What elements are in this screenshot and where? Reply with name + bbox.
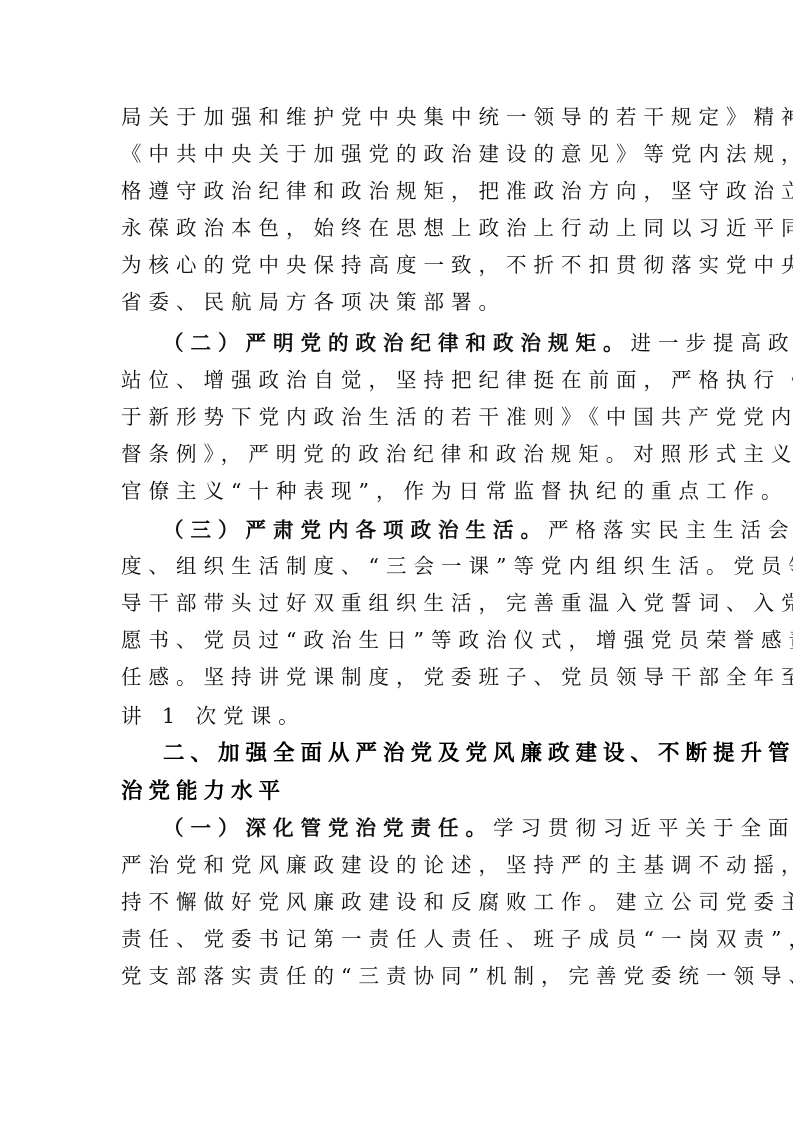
text-line: 局关于加强和维护党中央集中统一领导的若干规定》精神和 (121, 102, 681, 132)
text-line: （三）严肃党内各项政治生活。严格落实民主生活会制 (163, 515, 723, 545)
text-line: 党支部落实责任的“三责协同”机制，完善党委统一领导、 (121, 961, 681, 991)
text-line: 站位、增强政治自觉，坚持把纪律挺在前面，严格执行《关 (121, 365, 681, 395)
heading-line: 治党能力水平 (121, 777, 681, 807)
text-line: 官僚主义“十种表现”，作为日常监督执纪的重点工作。 (121, 476, 681, 506)
text-line: 愿书、党员过“政治生日”等政治仪式，增强党员荣誉感责 (121, 625, 681, 655)
text-run: 严格落实民主生活会制 (548, 518, 793, 542)
text-line: 于新形势下党内政治生活的若干准则》《中国共产党党内监 (121, 402, 681, 432)
text-line: 为核心的党中央保持高度一致，不折不扣贯彻落实党中央、 (121, 250, 681, 280)
text-line: （二）严明党的政治纪律和政治规矩。进一步提高政治 (163, 328, 723, 358)
text-line: 导干部带头过好双重组织生活，完善重温入党誓词、入党志 (121, 588, 681, 618)
text-run: 进一步提高政治 (631, 331, 793, 355)
text-line: 格遵守政治纪律和政治规矩，把准政治方向，坚守政治立场， (121, 176, 681, 206)
subsection-title: （二）严明党的政治纪律和政治规矩。 (163, 331, 631, 355)
heading-line: 二、加强全面从严治党及党风廉政建设、不断提升管党 (163, 739, 723, 769)
text-line: 讲 1 次党课。 (121, 701, 681, 731)
document-page: 局关于加强和维护党中央集中统一领导的若干规定》精神和 《中共中央关于加强党的政治… (0, 0, 793, 1122)
text-line: 度、组织生活制度、“三会一课”等党内组织生活。党员领 (121, 551, 681, 581)
text-line: 省委、民航局方各项决策部署。 (121, 287, 681, 317)
text-line: （一）深化管党治党责任。学习贯彻习近平关于全面从 (163, 813, 723, 843)
text-line: 永葆政治本色，始终在思想上政治上行动上同以习近平同志 (121, 213, 681, 243)
text-line: 《中共中央关于加强党的政治建设的意见》等党内法规，严 (121, 139, 681, 169)
text-run: 学习贯彻习近平关于全面从 (493, 816, 793, 840)
text-line: 持不懈做好党风廉政建设和反腐败工作。建立公司党委主体 (121, 887, 681, 917)
subsection-title: （三）严肃党内各项政治生活。 (163, 518, 548, 542)
text-line: 责任、党委书记第一责任人责任、班子成员“一岗双责”， (121, 924, 681, 954)
text-line: 任感。坚持讲党课制度，党委班子、党员领导干部全年至少 (121, 662, 681, 692)
text-line: 督条例》，严明党的政治纪律和政治规矩。对照形式主义、 (121, 439, 681, 469)
subsection-title: （一）深化管党治党责任。 (163, 816, 493, 840)
text-line: 严治党和党风廉政建设的论述，坚持严的主基调不动摇，坚 (121, 850, 681, 880)
